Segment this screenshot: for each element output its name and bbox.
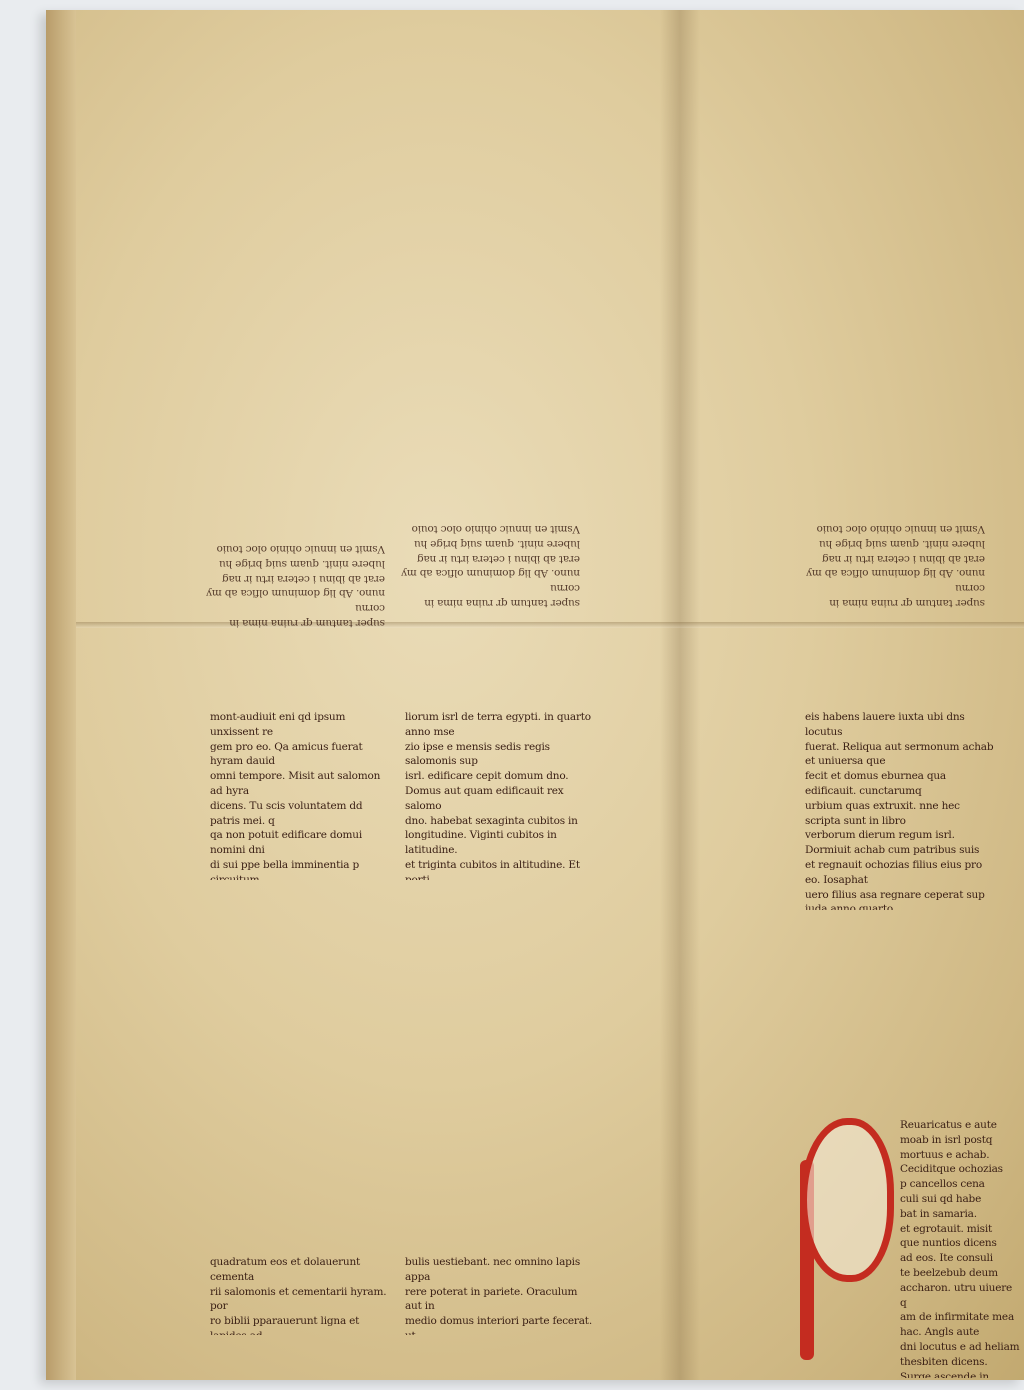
lower-left-column: mont-audiuit eni qd ipsum unxissent re g… — [210, 710, 395, 880]
vertical-fold — [660, 10, 700, 1380]
upper-right-column-inverted: super tantum qr ruina nima in cornu nuno… — [800, 40, 985, 610]
lower-middle-column-text: liorum isrl de terra egypti. in quarto a… — [405, 710, 595, 880]
initial-adjacent-text: Reuaricatus e aute moab in isrl postq mo… — [900, 1118, 1020, 1378]
bottom-left-column: quadratum eos et dolauerunt cementa rii … — [210, 1255, 395, 1335]
lower-right-column: eis habens lauere iuxta ubi dns locutus … — [805, 710, 995, 910]
bottom-middle-column: bulis uestiebant. nec omnino lapis appa … — [405, 1255, 595, 1335]
upper-left-column-inverted: super tantum qr ruina nima in cornu nuno… — [205, 40, 385, 630]
upper-mid-column-inverted: super tantum qr ruina nima in cornu nuno… — [400, 40, 580, 610]
binding-spine — [46, 10, 76, 1380]
decorated-red-initial-p — [800, 1118, 894, 1282]
